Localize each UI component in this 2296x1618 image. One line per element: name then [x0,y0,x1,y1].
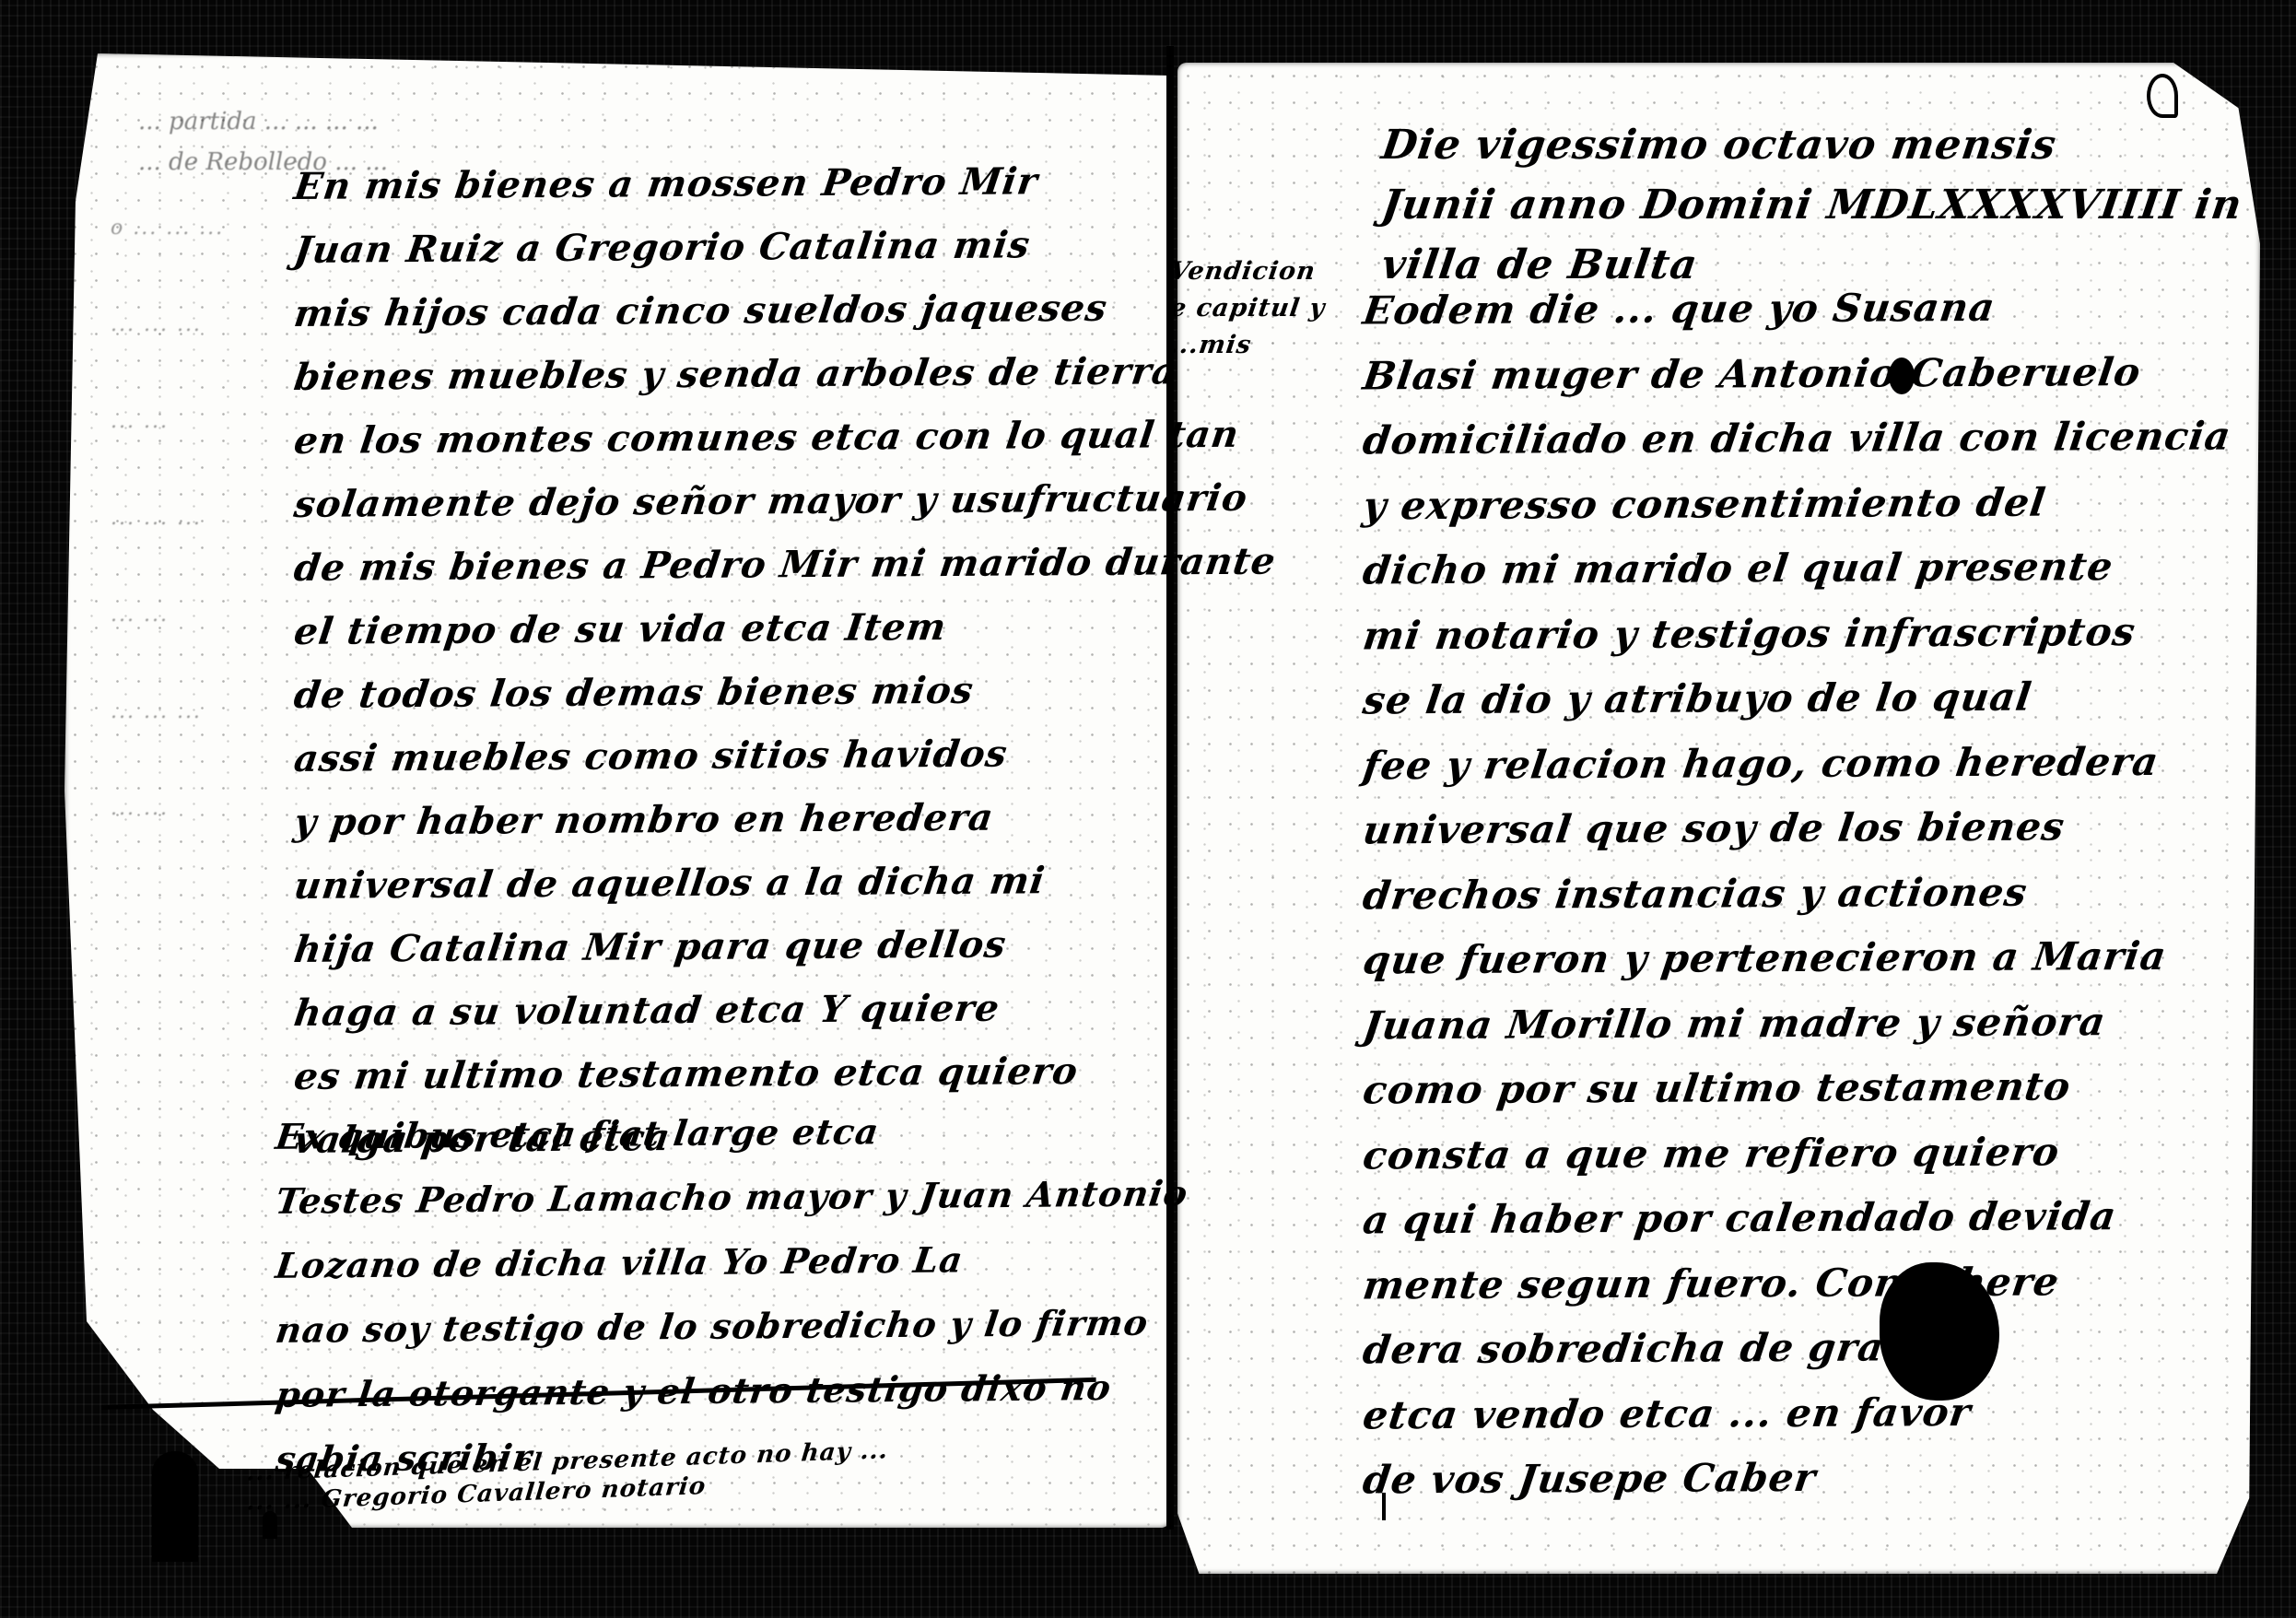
heading-line: Die vigessimo octavo mensis [1377,115,2215,175]
manuscript-line: domiciliado en dicha villa con licencia [1359,404,2243,474]
manuscript-line: que fueron y pertenecieron a Maria [1359,924,2243,993]
manuscript-line: Testes Pedro Lamacho mayor y Juan Antoni… [272,1162,1110,1234]
manuscript-line: como por su ultimo testamento [1359,1054,2243,1123]
manuscript-line: assi muebles como sitios havidos [290,721,1083,791]
margin-note-line: Vendicion [1167,253,1311,290]
ink-blot [1889,358,1915,394]
manuscript-line: bienes muebles y senda arboles de tierra [290,340,1083,409]
manuscript-line: consta a que me refiero quiero [1359,1119,2243,1188]
manuscript-line: mente segun fuero. Como here [1359,1249,2243,1318]
manuscript-line: dera sobredicha de grado [1359,1314,2243,1383]
manuscript-line: mis hijos cada cinco sueldos jaqueses [290,276,1083,346]
left-page-body: En mis bienes a mossen Pedro Mir Juan Ru… [295,152,1078,1169]
ink-mark [263,1511,277,1539]
manuscript-line: universal de aquellos a la dicha mi [290,849,1083,918]
manuscript-line: hija Catalina Mir para que dellos [290,912,1083,981]
page-mark [1382,1493,1386,1520]
manuscript-line: Blasi muger de Antonio Caberuelo [1359,339,2243,408]
manuscript-line: solamente dejo señor mayor y usufructuar… [290,467,1083,536]
page-tear [152,1451,198,1562]
manuscript-line: Eodem die ... que yo Susana [1359,275,2243,344]
manuscript-line: Juana Morillo mi madre y señora [1359,989,2243,1058]
manuscript-line: haga a su voluntad etca Y quiere [290,976,1083,1045]
left-page-closing: Ex quibus etca fiat large etca Testes Pe… [276,1101,1106,1488]
right-page-body: Eodem die ... que yo Susana Blasi muger … [1364,276,2239,1511]
manuscript-line: de vos Jusepe Caber [1359,1444,2243,1513]
manuscript-line: dicho mi marido el qual presente [1359,534,2243,604]
margin-note-line: e capitul y [1167,290,1311,327]
manuscript-line: Lozano de dicha villa Yo Pedro La [272,1226,1110,1298]
header-faint-line: ... partida ... ... ... ... [138,101,1060,142]
left-page-footer: ... relacion que en el presente acto no … [249,1442,1170,1501]
manuscript-line: y expresso consentimiento del [1359,469,2243,538]
manuscript-line: Ex quibus etca fiat large etca [272,1097,1110,1169]
manuscript-line: fee y relacion hago, como heredera [1359,729,2243,798]
manuscript-line: En mis bienes a mossen Pedro Mir [290,149,1083,218]
manuscript-line: el tiempo de su vida etca Item [290,594,1083,663]
manuscript-line: en los montes comunes etca con lo qual t… [290,404,1083,473]
right-margin-note: Vendicion e capitul y ...mis [1170,253,1308,364]
margin-note-line: ...mis [1167,327,1311,364]
manuscript-line: de mis bienes a Pedro Mir mi marido dura… [290,531,1083,600]
manuscript-line: drechos instancias y actiones [1359,859,2243,928]
manuscript-line: etca vendo etca ... en favor [1359,1378,2243,1448]
manuscript-line: universal que soy de los bienes [1359,794,2243,863]
manuscript-line: se la dio y atribuyo de lo qual [1359,664,2243,733]
folio-mark [2147,74,2178,118]
manuscript-line: a qui haber por calendado devida [1359,1184,2243,1253]
manuscript-line: Juan Ruiz a Gregorio Catalina mis [290,213,1083,282]
manuscript-line: nao soy testigo de lo sobredicho y lo fi… [272,1291,1110,1363]
heading-line: Junii anno Domini MDLXXXXVIIII in [1377,175,2215,235]
manuscript-line: de todos los demas bienes mios [290,658,1083,727]
manuscript-line: y por haber nombro en heredera [290,785,1083,854]
manuscript-line: mi notario y testigos infrascriptos [1359,599,2243,668]
right-page-heading: Die vigessimo octavo mensis Junii anno D… [1382,115,2211,295]
